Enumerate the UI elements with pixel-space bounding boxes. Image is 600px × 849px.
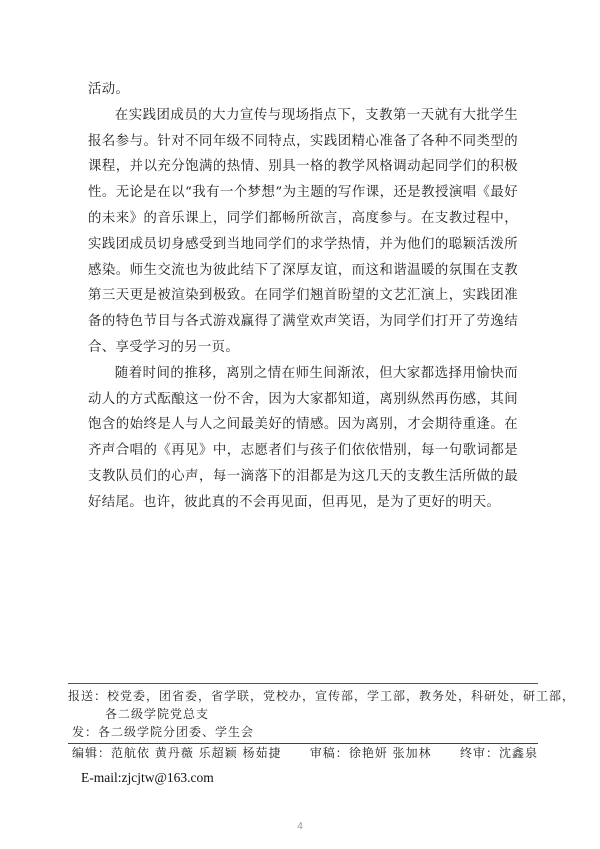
send-to-label: 发： — [72, 723, 98, 741]
reviewers-group: 审稿：徐艳妍 张加林 — [310, 744, 432, 763]
send-to-row: 发：各二级学院分团委、学生会 — [68, 723, 538, 741]
report-to-list: 校党委，团省委，省学联，党校办，宣传部，学工部，教务处，科研处，研工部， — [107, 689, 575, 703]
editors-label: 编辑： — [72, 746, 111, 760]
final-review-name: 沈鑫泉 — [499, 746, 538, 760]
editors-names: 范航依 黄丹薇 乐超颖 杨茹捷 — [111, 746, 281, 760]
report-to-row: 报送：校党委，团省委，省学联，党校办，宣传部，学工部，教务处，科研处，研工部， — [68, 687, 538, 705]
reviewers-names: 徐艳妍 张加林 — [349, 746, 432, 760]
paragraph-2: 在实践团成员的大力宣传与现场指点下，支教第一天就有大批学生报名参与。针对不同年级… — [88, 103, 518, 361]
distribution-footer: 报送：校党委，团省委，省学联，党校办，宣传部，学工部，教务处，科研处，研工部， … — [68, 683, 538, 763]
page-number: 4 — [0, 821, 600, 832]
contact-email: E-mail:zjcjtw@163.com — [81, 770, 214, 786]
article-body: 活动。 在实践团成员的大力宣传与现场指点下，支教第一天就有大批学生报名参与。针对… — [88, 77, 518, 516]
report-to-label: 报送： — [68, 687, 107, 705]
final-review-label: 终审： — [460, 746, 499, 760]
reviewers-label: 审稿： — [310, 746, 349, 760]
footer-top-rule — [68, 683, 538, 684]
report-to-continued: 各二级学院党总支 — [68, 705, 538, 723]
send-to-list: 各二级学院分团委、学生会 — [98, 725, 254, 739]
paragraph-3: 随着时间的推移，离别之情在师生间渐浓，但大家都选择用愉快而动人的方式酝酿这一份不… — [88, 361, 518, 516]
editorial-credits-row: 编辑：范航依 黄丹薇 乐超颖 杨茹捷 审稿：徐艳妍 张加林 终审：沈鑫泉 — [68, 744, 538, 763]
paragraph-1: 活动。 — [88, 77, 518, 103]
final-review-group: 终审：沈鑫泉 — [460, 744, 538, 763]
editors-group: 编辑：范航依 黄丹薇 乐超颖 杨茹捷 — [72, 744, 281, 763]
